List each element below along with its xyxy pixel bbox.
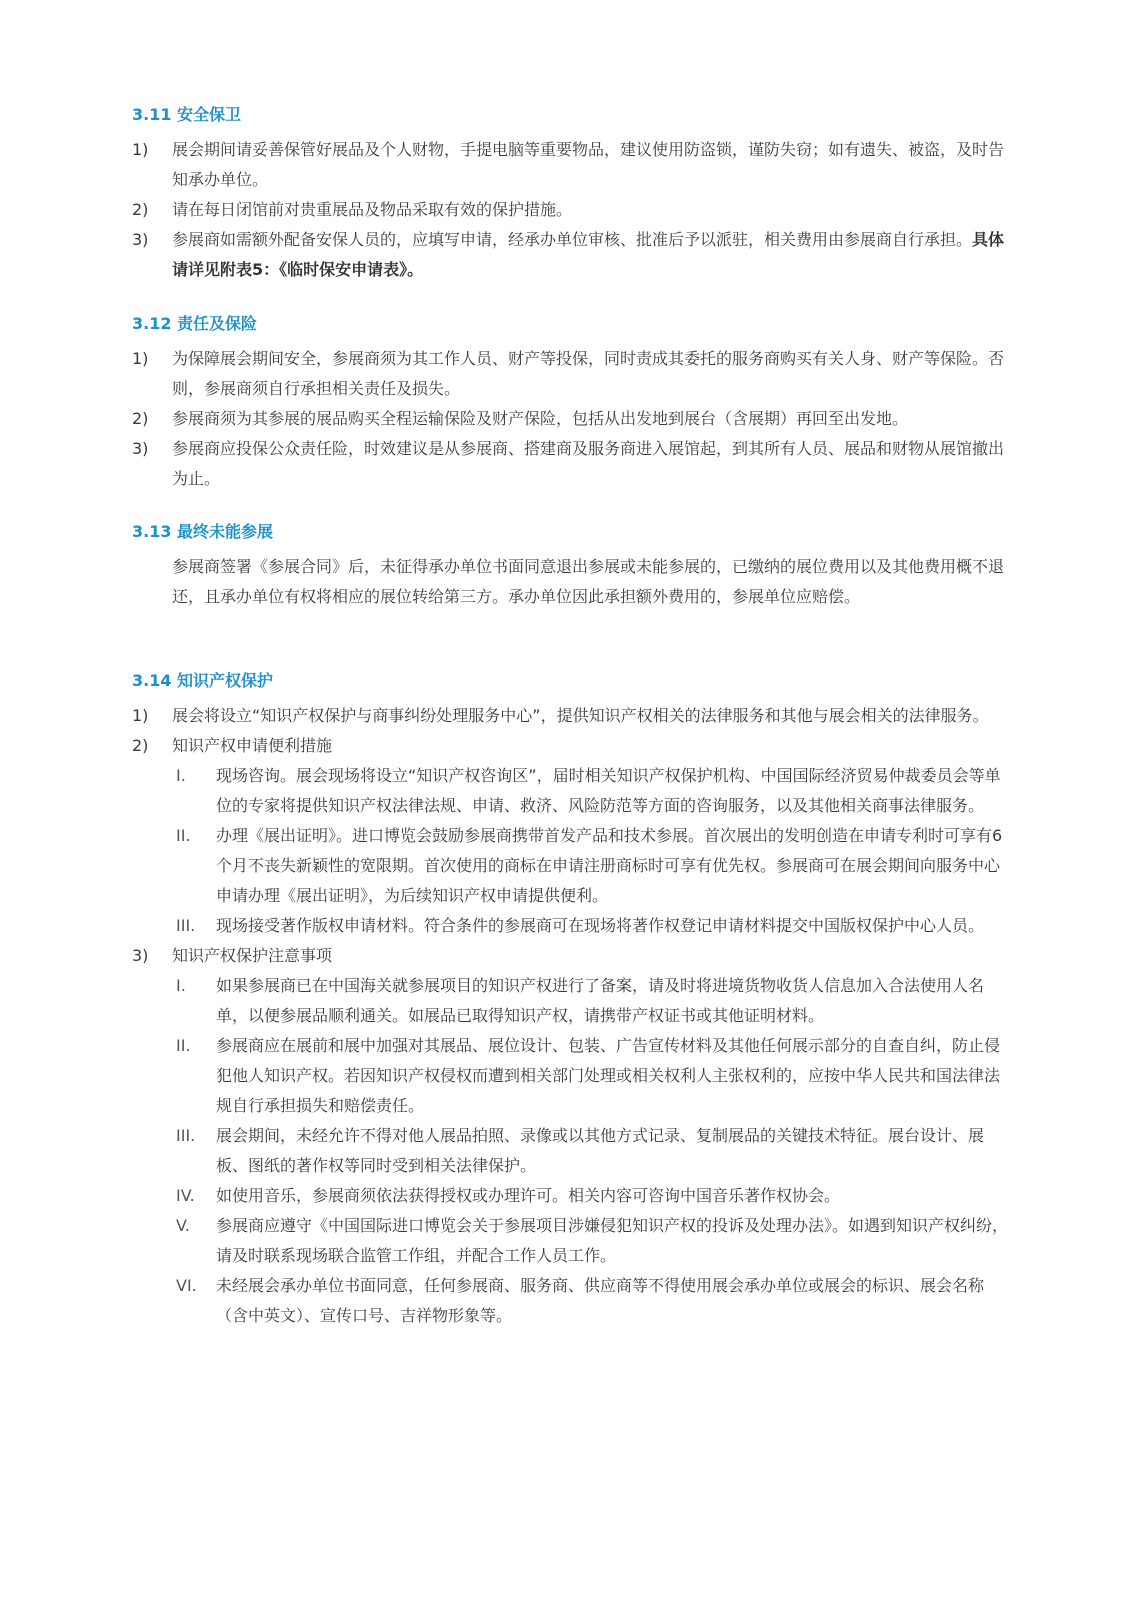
item-text: 请在每日闭馆前对贵重展品及物品采取有效的保护措施。 — [172, 195, 1012, 225]
list-item: 3) 参展商应投保公众责任险，时效建议是从参展商、搭建商及服务商进入展馆起，到其… — [132, 434, 1012, 494]
sub-item-text: 现场接受著作版权申请材料。符合条件的参展商可在现场将著作权登记申请材料提交中国版… — [216, 911, 1012, 941]
sub-list-item: III. 展会期间，未经允许不得对他人展品拍照、录像或以其他方式记录、复制展品的… — [132, 1121, 1012, 1181]
list-item: 2) 请在每日闭馆前对贵重展品及物品采取有效的保护措施。 — [132, 195, 1012, 225]
list-item: 1) 为保障展会期间安全，参展商须为其工作人员、财产等投保，同时责成其委托的服务… — [132, 344, 1012, 404]
item-number: 1) — [132, 701, 168, 731]
roman-number: I. — [176, 761, 212, 791]
roman-number: III. — [176, 1121, 212, 1151]
list-item: 3) 参展商如需额外配备安保人员的，应填写申请，经承办单位审核、批准后予以派驻，… — [132, 225, 1012, 285]
item-text: 参展商须为其参展的展品购买全程运输保险及财产保险，包括从出发地到展台（含展期）再… — [172, 404, 1012, 434]
item-text-plain: 参展商如需额外配备安保人员的，应填写申请，经承办单位审核、批准后予以派驻，相关费… — [172, 230, 972, 249]
list-item: 2) 参展商须为其参展的展品购买全程运输保险及财产保险，包括从出发地到展台（含展… — [132, 404, 1012, 434]
item-text: 知识产权申请便利措施 — [172, 731, 1012, 761]
item-number: 3) — [132, 225, 168, 255]
sub-list-item: II. 参展商应在展前和展中加强对其展品、展位设计、包装、广告宣传材料及其他任何… — [132, 1031, 1012, 1121]
item-text: 为保障展会期间安全，参展商须为其工作人员、财产等投保，同时责成其委托的服务商购买… — [172, 344, 1012, 404]
item-text: 参展商应投保公众责任险，时效建议是从参展商、搭建商及服务商进入展馆起，到其所有人… — [172, 434, 1012, 494]
sub-list-item: V. 参展商应遵守《中国国际进口博览会关于参展项目涉嫌侵犯知识产权的投诉及处理办… — [132, 1211, 1012, 1271]
sub-list-item: IV. 如使用音乐，参展商须依法获得授权或办理许可。相关内容可咨询中国音乐著作权… — [132, 1181, 1012, 1211]
sub-item-text: 展会期间，未经允许不得对他人展品拍照、录像或以其他方式记录、复制展品的关键技术特… — [216, 1121, 1012, 1181]
sub-list-item: I. 现场咨询。展会现场将设立“知识产权咨询区”，届时相关知识产权保护机构、中国… — [132, 761, 1012, 821]
section-security: 3.11 安全保卫 1) 展会期间请妥善保管好展品及个人财物，手提电脑等重要物品… — [132, 104, 1012, 285]
sub-item-text: 办理《展出证明》。进口博览会鼓励参展商携带首发产品和技术参展。首次展出的发明创造… — [216, 821, 1012, 911]
sub-item-text: 未经展会承办单位书面同意，任何参展商、服务商、供应商等不得使用展会承办单位或展会… — [216, 1271, 1012, 1331]
sub-item-text: 如使用音乐，参展商须依法获得授权或办理许可。相关内容可咨询中国音乐著作权协会。 — [216, 1181, 1012, 1211]
item-number: 1) — [132, 344, 168, 374]
sub-list-item: III. 现场接受著作版权申请材料。符合条件的参展商可在现场将著作权登记申请材料… — [132, 911, 1012, 941]
document-page: 3.11 安全保卫 1) 展会期间请妥善保管好展品及个人财物，手提电脑等重要物品… — [0, 0, 1131, 1600]
roman-number: II. — [176, 821, 212, 851]
section-ip-protection: 3.14 知识产权保护 1) 展会将设立“知识产权保护与商事纠纷处理服务中心”，… — [132, 670, 1012, 1331]
item-number: 2) — [132, 731, 168, 761]
section-non-participation: 3.13 最终未能参展 参展商签署《参展合同》后，未征得承办单位书面同意退出参展… — [132, 521, 1012, 612]
item-text: 展会将设立“知识产权保护与商事纠纷处理服务中心”，提供知识产权相关的法律服务和其… — [172, 701, 1012, 731]
item-text: 展会期间请妥善保管好展品及个人财物，手提电脑等重要物品，建议使用防盗锁，谨防失窃… — [172, 135, 1012, 195]
sub-list-item: I. 如果参展商已在中国海关就参展项目的知识产权进行了备案，请及时将进境货物收货… — [132, 971, 1012, 1031]
sub-item-text: 参展商应遵守《中国国际进口博览会关于参展项目涉嫌侵犯知识产权的投诉及处理办法》。… — [216, 1211, 1012, 1271]
item-number: 2) — [132, 195, 168, 225]
sub-item-text: 参展商应在展前和展中加强对其展品、展位设计、包装、广告宣传材料及其他任何展示部分… — [216, 1031, 1012, 1121]
sub-list-item: II. 办理《展出证明》。进口博览会鼓励参展商携带首发产品和技术参展。首次展出的… — [132, 821, 1012, 911]
item-number: 3) — [132, 941, 168, 971]
roman-number: V. — [176, 1211, 212, 1241]
list-item: 2) 知识产权申请便利措施 — [132, 731, 1012, 761]
roman-number: IV. — [176, 1181, 212, 1211]
item-text: 参展商如需额外配备安保人员的，应填写申请，经承办单位审核、批准后予以派驻，相关费… — [172, 225, 1012, 285]
section-heading: 3.11 安全保卫 — [132, 104, 1012, 126]
section-liability-insurance: 3.12 责任及保险 1) 为保障展会期间安全，参展商须为其工作人员、财产等投保… — [132, 313, 1012, 494]
roman-number: I. — [176, 971, 212, 1001]
sub-item-text: 现场咨询。展会现场将设立“知识产权咨询区”，届时相关知识产权保护机构、中国国际经… — [216, 761, 1012, 821]
list-item: 1) 展会期间请妥善保管好展品及个人财物，手提电脑等重要物品，建议使用防盗锁，谨… — [132, 135, 1012, 195]
roman-number: III. — [176, 911, 212, 941]
section-heading: 3.14 知识产权保护 — [132, 670, 1012, 692]
section-paragraph: 参展商签署《参展合同》后，未征得承办单位书面同意退出参展或未能参展的，已缴纳的展… — [172, 552, 1012, 612]
item-text: 知识产权保护注意事项 — [172, 941, 1012, 971]
section-heading: 3.13 最终未能参展 — [132, 521, 1012, 543]
sub-item-text: 如果参展商已在中国海关就参展项目的知识产权进行了备案，请及时将进境货物收货人信息… — [216, 971, 1012, 1031]
sub-list-item: VI. 未经展会承办单位书面同意，任何参展商、服务商、供应商等不得使用展会承办单… — [132, 1271, 1012, 1331]
roman-number: II. — [176, 1031, 212, 1061]
roman-number: VI. — [176, 1271, 212, 1301]
item-number: 1) — [132, 135, 168, 165]
item-number: 2) — [132, 404, 168, 434]
section-heading: 3.12 责任及保险 — [132, 313, 1012, 335]
list-item: 1) 展会将设立“知识产权保护与商事纠纷处理服务中心”，提供知识产权相关的法律服… — [132, 701, 1012, 731]
list-item: 3) 知识产权保护注意事项 — [132, 941, 1012, 971]
item-number: 3) — [132, 434, 168, 464]
